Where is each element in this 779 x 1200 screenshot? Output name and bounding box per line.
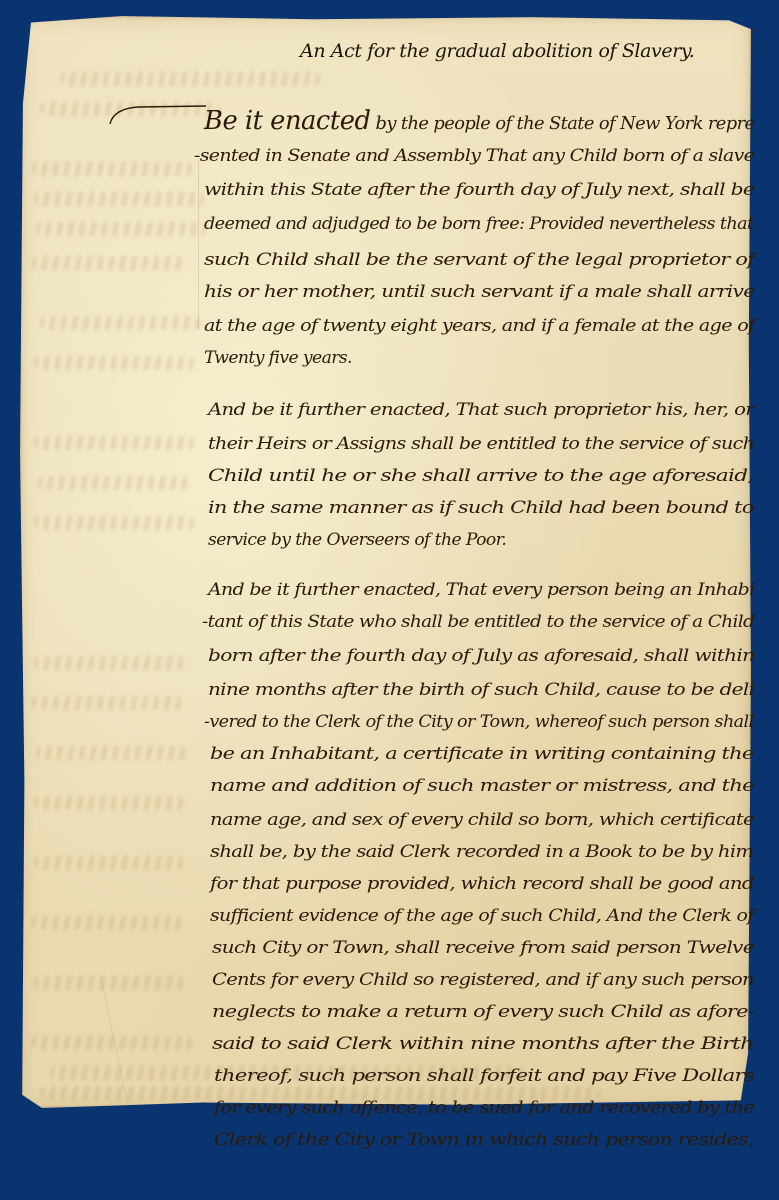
manuscript-line: shall be, by the said Clerk recorded in …	[210, 844, 753, 861]
bleed-through-mark	[38, 476, 188, 490]
manuscript-line: Be it enacted by the people of the State…	[204, 108, 754, 134]
manuscript-line: And be it further enacted, That such pro…	[208, 402, 754, 419]
manuscript-line: name and addition of such master or mist…	[210, 778, 754, 795]
bleed-through-mark	[32, 696, 182, 710]
manuscript-line: his or her mother, until such servant if…	[204, 284, 755, 301]
bleed-through-mark	[34, 976, 184, 990]
manuscript-line: Cents for every Child so registered, and…	[212, 972, 754, 989]
manuscript-line: such Child shall be the servant of the l…	[204, 252, 754, 269]
manuscript-line: And be it further enacted, That every pe…	[208, 582, 755, 599]
manuscript-line: born after the fourth day of July as afo…	[208, 648, 754, 665]
manuscript-line: in the same manner as if such Child had …	[208, 500, 754, 517]
bleed-through-mark	[36, 222, 206, 236]
bleed-through-mark	[34, 796, 184, 810]
bleed-through-mark	[34, 656, 184, 670]
bleed-through-mark	[34, 856, 184, 870]
manuscript-line: at the age of twenty eight years, and if…	[204, 318, 754, 335]
bleed-through-mark	[60, 72, 320, 86]
manuscript-line: Child until he or she shall arrive to th…	[208, 468, 753, 485]
manuscript-line: neglects to make a return of every such …	[212, 1004, 754, 1021]
manuscript-line: -sented in Senate and Assembly That any …	[194, 148, 754, 165]
manuscript-line: their Heirs or Assigns shall be entitled…	[208, 436, 754, 453]
manuscript-line: be an Inhabitant, a certificate in writi…	[210, 746, 754, 763]
manuscript-line: nine months after the birth of such Chil…	[208, 682, 754, 699]
bleed-through-mark	[32, 1036, 192, 1050]
pen-flourish-icon	[108, 102, 208, 132]
manuscript-line: Twenty five years.	[204, 350, 352, 367]
bleed-through-mark	[34, 436, 194, 450]
manuscript-line: sufficient evidence of the age of such C…	[210, 908, 754, 925]
manuscript-line: -vered to the Clerk of the City or Town,…	[204, 714, 754, 731]
manuscript-line: thereof, such person shall forfeit and p…	[214, 1068, 754, 1085]
bleed-through-mark	[40, 316, 200, 330]
manuscript-line: service by the Overseers of the Poor.	[208, 532, 506, 549]
manuscript-line: -tant of this State who shall be entitle…	[202, 614, 754, 631]
manuscript-line: such City or Town, shall receive from sa…	[212, 940, 754, 957]
bleed-through-mark	[34, 516, 194, 530]
document-title: An Act for the gradual abolition of Slav…	[300, 40, 694, 62]
manuscript-line: name age, and sex of every child so born…	[210, 812, 754, 829]
bleed-through-mark	[34, 192, 204, 206]
manuscript-line: Clerk of the City or Town in which such …	[214, 1132, 754, 1149]
bleed-through-mark	[32, 256, 182, 270]
bleed-through-mark	[32, 916, 182, 930]
manuscript-line: for every such offence, to be sued for a…	[214, 1100, 754, 1117]
manuscript-line: said to said Clerk within nine months af…	[212, 1036, 753, 1053]
margin-rule	[198, 160, 199, 330]
enacting-clause-lead: Be it enacted	[204, 106, 370, 136]
manuscript-line: deemed and adjudged to be born free: Pro…	[204, 216, 753, 233]
bleed-through-mark	[36, 746, 186, 760]
manuscript-line: for that purpose provided, which record …	[210, 876, 754, 893]
manuscript-line: within this State after the fourth day o…	[204, 182, 754, 199]
bleed-through-mark	[32, 162, 192, 176]
bleed-through-mark	[34, 356, 194, 370]
